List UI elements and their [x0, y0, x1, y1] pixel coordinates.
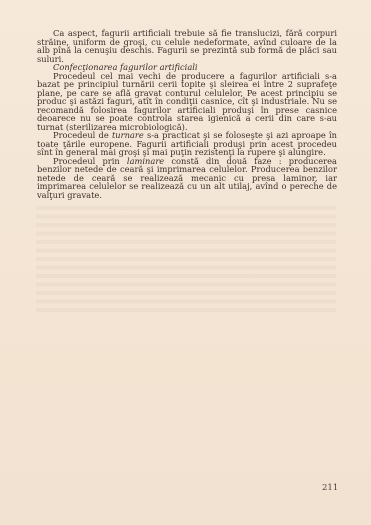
- paragraph-laminating-process: Procedeul prin laminare constă din două …: [37, 157, 337, 200]
- paragraph-appearance: Ca aspect, fagurii artificiali trebuie s…: [37, 29, 337, 63]
- paragraph-casting-principle: Procedeul cel mai vechi de producere a f…: [37, 72, 337, 132]
- page-number: 211: [322, 483, 338, 493]
- bleed-through-text: [36, 203, 336, 313]
- book-page: Ca aspect, fagurii artificiali trebuie s…: [0, 0, 371, 525]
- paragraph-casting-process: Procedeul de turnare s-a practicat şi se…: [37, 131, 337, 157]
- body-text: Ca aspect, fagurii artificiali trebuie s…: [37, 29, 337, 199]
